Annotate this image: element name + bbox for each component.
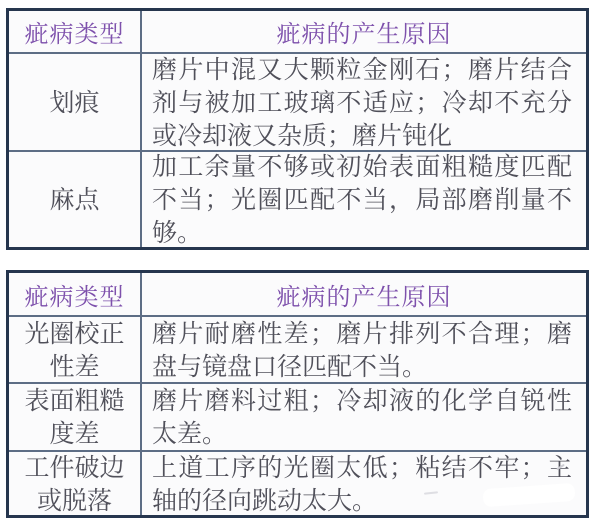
table2-row3-defect-type: 工件破边或脱落 [9, 450, 140, 515]
table1-row2-cause-text: 加工余量不够或初始表面粗糙度匹配不当；光圈匹配不当，局部磨削量不够。 [152, 150, 572, 249]
table2-row1-cause: 磨片耐磨性差；磨片排列不合理；磨盘与镜盘口径匹配不当。 [140, 315, 586, 382]
table2-row1-cause-text: 磨片耐磨性差；磨片排列不合理；磨盘与镜盘口径匹配不当。 [152, 317, 572, 383]
table1-row1-defect-type: 划痕 [9, 52, 140, 150]
defect-table-1: 疵病类型 疵病的产生原因 划痕 磨片中混又大颗粒金刚石；磨片结合剂与被加工玻璃不… [6, 8, 589, 250]
table1-row1-cause-text: 磨片中混又大颗粒金刚石；磨片结合剂与被加工玻璃不适应；冷却不充分或冷却液又杂质；… [152, 53, 572, 152]
table2-row2-cause-text: 磨片磨料过粗；冷却液的化学自锐性太差。 [152, 384, 572, 450]
table2-row2-defect-type: 表面粗糙度差 [9, 382, 140, 450]
table2-row1-defect-type: 光圈校正性差 [9, 315, 140, 382]
page: 疵病类型 疵病的产生原因 划痕 磨片中混又大颗粒金刚石；磨片结合剂与被加工玻璃不… [0, 0, 600, 525]
table1-header-cause: 疵病的产生原因 [140, 11, 586, 52]
table2-header-defect-type: 疵病类型 [9, 273, 140, 315]
table1-row2-defect-type: 麻点 [9, 150, 140, 247]
table2-row3-cause-text: 上道工序的光圈太低；粘结不牢；主轴的径向跳动太大。 [152, 451, 572, 517]
table1-row2-cause: 加工余量不够或初始表面粗糙度匹配不当；光圈匹配不当，局部磨削量不够。 [140, 150, 586, 247]
table1-row1-cause: 磨片中混又大颗粒金刚石；磨片结合剂与被加工玻璃不适应；冷却不充分或冷却液又杂质；… [140, 52, 586, 150]
table1-header-defect-type: 疵病类型 [9, 11, 140, 52]
table2-header-cause: 疵病的产生原因 [140, 273, 586, 315]
defect-table-2: 疵病类型 疵病的产生原因 光圈校正性差 磨片耐磨性差；磨片排列不合理；磨盘与镜盘… [6, 270, 589, 518]
table2-row3-cause: 上道工序的光圈太低；粘结不牢；主轴的径向跳动太大。 [140, 450, 586, 515]
table2-row2-cause: 磨片磨料过粗；冷却液的化学自锐性太差。 [140, 382, 586, 450]
